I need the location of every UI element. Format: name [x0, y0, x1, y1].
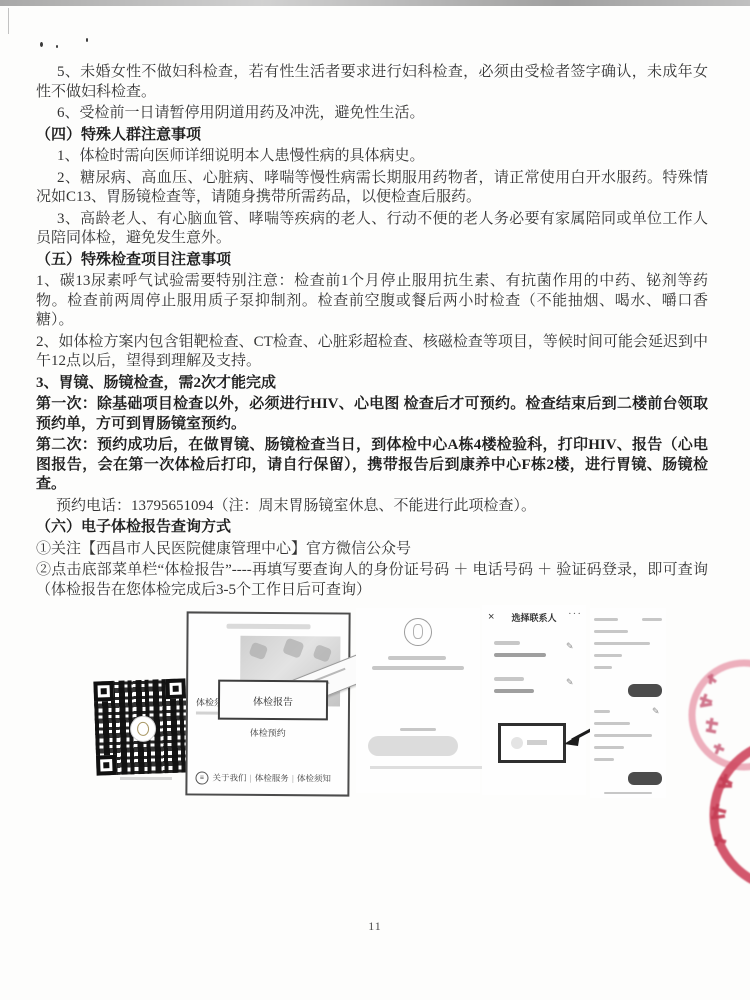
menubar-divider: |: [292, 773, 294, 783]
qr-caption-placeholder: [120, 777, 172, 780]
field-placeholder: [594, 654, 622, 657]
para-pre-exam-note: 6、受检前一日请暂停用阴道用药及冲洗，避免性生活。: [36, 104, 708, 124]
field-placeholder: [594, 758, 614, 761]
official-account-menubar: ≡ 关于我们 | 体检服务 | 体检须知: [187, 769, 347, 786]
red-seal-fragments: [648, 628, 750, 958]
menubar-divider: |: [249, 773, 251, 783]
edit-icon: ✎: [566, 641, 574, 652]
section5-item2: 2、如体检方案内包含钼靶检查、CT检查、心脏彩超检查、核磁检查等项目，等候时间可…: [36, 333, 708, 372]
hospital-logo-icon: [130, 715, 157, 742]
plus-icon: [511, 737, 523, 749]
para-gyn-exam-note: 5、未婚女性不做妇科检查，若有性生活者要求进行妇科检查，必须由受检者签字确认，未…: [36, 63, 708, 102]
section5-item1: 1、碳13尿素呼气试验需要特别注意：检查前1个月停止服用抗生素、有抗菌作用的中药…: [36, 272, 708, 331]
section4-item3: 3、高龄老人、有心脑血管、哮喘等疾病的老人、行动不便的老人务必要有家属陪同或单位…: [36, 210, 708, 249]
field-placeholder: [594, 642, 650, 645]
qr-finder-icon: [96, 755, 117, 776]
contact-name-placeholder: [494, 677, 524, 681]
welcome-text-placeholder: [388, 656, 446, 660]
hexagon-icon: [248, 642, 268, 661]
field-placeholder: [594, 746, 624, 749]
field-placeholder: [594, 734, 652, 737]
scanned-document-page: 5、未婚女性不做妇科检查，若有性生活者要求进行妇科检查，必须由受检者签字确认，未…: [0, 0, 750, 1000]
menubar-notice: 体检须知: [297, 772, 331, 784]
section4-item2: 2、糖尿病、高血压、心脏病、哮喘等慢性病需长期服用药物者，请正常使用白开水服药。…: [36, 169, 708, 208]
contact-phone-placeholder: [494, 689, 534, 693]
contact-phone-placeholder: [494, 653, 546, 657]
section4-item1: 1、体检时需向医师详细说明本人患慢性病的具体病史。: [36, 147, 708, 167]
field-placeholder: [642, 618, 662, 621]
chat-header-placeholder: [227, 624, 311, 630]
section4-heading: （四）特殊人群注意事项: [36, 126, 708, 146]
field-placeholder: [594, 618, 618, 621]
menu-item-booking: 体检预约: [250, 726, 286, 739]
menubar-about: 关于我们: [212, 772, 246, 784]
ink-speck: [40, 42, 43, 47]
red-seal-fragment-upper: [692, 663, 750, 767]
hospital-logo-icon: [404, 618, 432, 646]
menubar-service: 体检服务: [255, 772, 289, 784]
section6-step2: ②点击底部菜单栏“体检报告”----再填写要查询人的身份证号码 ＋ 电话号码 ＋…: [36, 561, 708, 600]
document-body: 5、未婚女性不做妇科检查，若有性生活者要求进行妇科检查，必须由受检者签字确认，未…: [36, 63, 708, 602]
login-button-placeholder: [368, 736, 458, 756]
hint-text-placeholder: [400, 728, 436, 731]
qr-finder-icon: [165, 678, 186, 699]
ink-speck: [86, 38, 88, 42]
keyboard-icon: ≡: [195, 771, 208, 784]
edit-icon: ✎: [566, 677, 574, 688]
section5-first-visit: 第一次：除基础项目检查以外，必须进行HIV、心电图 检查后才可预约。检查结束后到…: [36, 395, 708, 434]
scan-edge-artifact: [8, 8, 9, 34]
qr-finder-icon: [93, 681, 114, 702]
footer-placeholder: [604, 792, 652, 794]
section5-item3-title: 3、胃镜、肠镜检查，需2次才能完成: [36, 374, 708, 394]
field-placeholder: [594, 630, 628, 633]
ink-speck: [56, 45, 58, 48]
field-placeholder: [594, 710, 610, 713]
scanner-edge-band: [0, 0, 750, 6]
hexagon-icon: [312, 644, 332, 663]
highlighted-report-menu-item: 体检报告: [218, 680, 328, 721]
booking-phone-note: 预约电话：13795651094（注：周末胃肠镜室休息、不能进行此项检查）。: [36, 497, 708, 517]
section5-heading: （五）特殊检查项目注意事项: [36, 251, 708, 271]
section5-second-visit: 第二次：预约成功后，在做胃镜、肠镜检查当日，到体检中心A栋4楼检验科，打印HIV…: [36, 436, 708, 495]
field-placeholder: [594, 722, 630, 725]
section6-heading: （六）电子体检报告查询方式: [36, 518, 708, 538]
page-number: 11: [0, 919, 750, 934]
contact-name-placeholder: [494, 641, 520, 645]
welcome-text-placeholder: [372, 666, 464, 670]
more-icon: ···: [568, 608, 582, 620]
field-placeholder: [594, 666, 612, 669]
hexagon-icon: [282, 638, 304, 659]
section6-step1: ①关注【西昌市人民医院健康管理中心】官方微信公众号: [36, 540, 708, 560]
wechat-official-account-screenshot: 体检须知 体检报告 体检预约 ≡ 关于我们 | 体检服务 | 体检须知: [185, 611, 350, 796]
wechat-qr-code: [93, 678, 188, 775]
